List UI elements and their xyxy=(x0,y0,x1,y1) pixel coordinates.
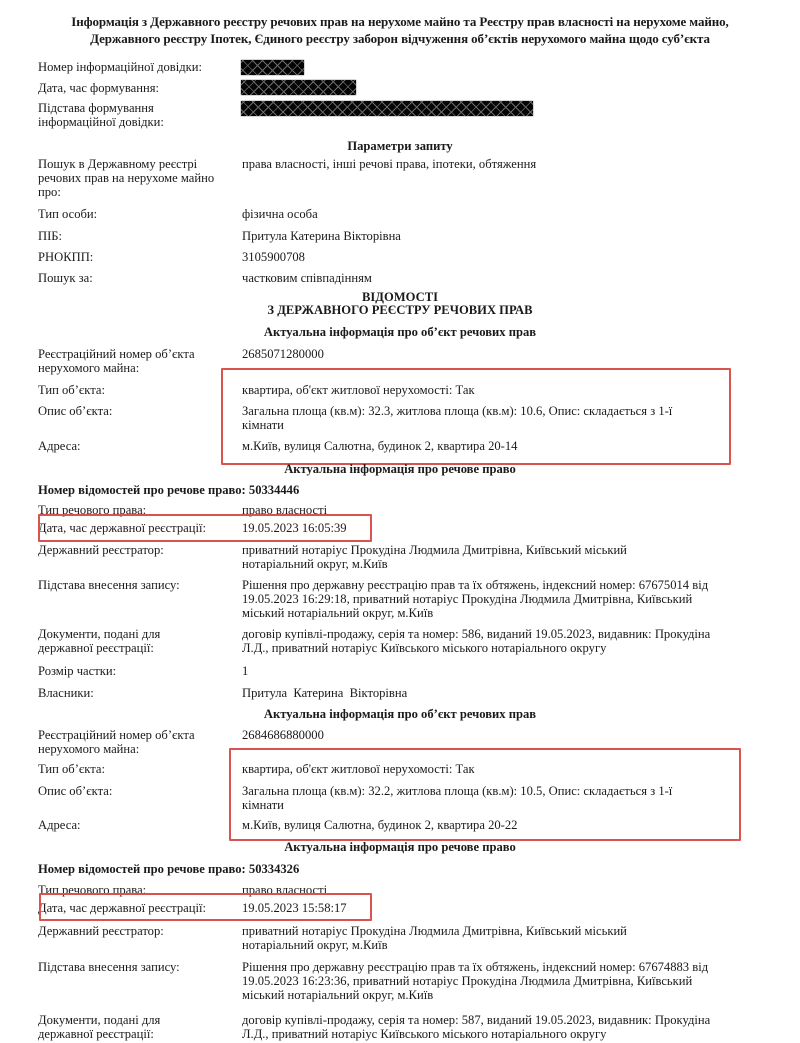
object-heading-1: Актуальна інформація про об’єкт речових … xyxy=(0,325,800,339)
reg-number-value-1: 2685071280000 xyxy=(242,347,742,361)
docs-value-1: договір купівлі-продажу, серія та номер:… xyxy=(242,627,712,655)
tax-id-label: РНОКПП: xyxy=(38,250,228,264)
title-line-2: Державного реєстру Іпотек, Єдиного реєст… xyxy=(30,30,770,47)
registrar-value-1: приватний нотаріус Прокудіна Людмила Дми… xyxy=(242,543,672,571)
highlight-box-date-1 xyxy=(38,514,372,542)
share-value-1: 1 xyxy=(242,664,742,678)
docs-label-2: Документи, подані для державної реєстрац… xyxy=(38,1013,198,1041)
formation-date-label: Дата, час формування: xyxy=(38,81,228,95)
right-heading-1: Актуальна інформація про речове право xyxy=(0,462,800,476)
highlight-box-object-2 xyxy=(229,748,741,841)
query-params-heading: Параметри запиту xyxy=(0,139,800,153)
search-by-label: Пошук за: xyxy=(38,271,228,285)
reg-number-label-1: Реєстраційний номер об’єкта нерухомого м… xyxy=(38,347,218,375)
registrar-label-1: Державний реєстратор: xyxy=(38,543,228,557)
object-heading-2: Актуальна інформація про об’єкт речових … xyxy=(0,707,800,721)
owners-value-1: Притула Катерина Вікторівна xyxy=(242,686,742,700)
object-desc-label-2: Опис об’єкта: xyxy=(38,784,228,798)
basis-value-2: Рішення про державну реєстрацію прав та … xyxy=(242,960,712,1002)
search-by-value: частковим співпадінням xyxy=(242,271,742,285)
reg-number-value-2: 2684686880000 xyxy=(242,728,742,742)
redacted-formation-date xyxy=(241,80,356,95)
query-search-label: Пошук в Державному реєстрі речових прав … xyxy=(38,157,218,199)
info-number-label: Номер інформаційної довідки: xyxy=(38,60,228,74)
basis-label-2: Підстава внесення запису: xyxy=(38,960,228,974)
tax-id-value: 3105900708 xyxy=(242,250,742,264)
owners-label-1: Власники: xyxy=(38,686,228,700)
redacted-info-number xyxy=(241,60,304,75)
person-type-label: Тип особи: xyxy=(38,207,228,221)
basis-label-1: Підстава внесення запису: xyxy=(38,578,228,592)
highlight-box-object-1 xyxy=(221,368,731,465)
object-type-label-2: Тип об’єкта: xyxy=(38,762,228,776)
person-type-value: фізична особа xyxy=(242,207,742,221)
formation-basis-label: Підстава формування інформаційної довідк… xyxy=(38,101,188,129)
registrar-label-2: Державний реєстратор: xyxy=(38,924,228,938)
section-heading-1: ВІДОМОСТІ xyxy=(0,290,800,304)
docs-label-1: Документи, подані для державної реєстрац… xyxy=(38,627,198,655)
right-heading-2: Актуальна інформація про речове право xyxy=(0,840,800,854)
object-type-label-1: Тип об’єкта: xyxy=(38,383,228,397)
title-line-1: Інформація з Державного реєстру речових … xyxy=(30,13,770,30)
share-label-1: Розмір частки: xyxy=(38,664,228,678)
full-name-label: ПІБ: xyxy=(38,229,228,243)
object-desc-label-1: Опис об’єкта: xyxy=(38,404,228,418)
address-label-1: Адреса: xyxy=(38,439,228,453)
basis-value-1: Рішення про державну реєстрацію прав та … xyxy=(242,578,712,620)
redacted-formation-basis xyxy=(241,101,533,116)
right-number-2: Номер відомостей про речове право: 50334… xyxy=(38,862,299,876)
query-search-value: права власності, інші речові права, іпот… xyxy=(242,157,742,171)
registrar-value-2: приватний нотаріус Прокудіна Людмила Дми… xyxy=(242,924,672,952)
full-name-value: Притула Катерина Вікторівна xyxy=(242,229,742,243)
right-number-1: Номер відомостей про речове право: 50334… xyxy=(38,483,299,497)
section-heading-2: З ДЕРЖАВНОГО РЕЄСТРУ РЕЧОВИХ ПРАВ xyxy=(0,303,800,317)
address-label-2: Адреса: xyxy=(38,818,228,832)
document-title: Інформація з Державного реєстру речових … xyxy=(30,13,770,47)
highlight-box-date-2 xyxy=(39,893,372,921)
reg-number-label-2: Реєстраційний номер об’єкта нерухомого м… xyxy=(38,728,218,756)
docs-value-2: договір купівлі-продажу, серія та номер:… xyxy=(242,1013,712,1041)
